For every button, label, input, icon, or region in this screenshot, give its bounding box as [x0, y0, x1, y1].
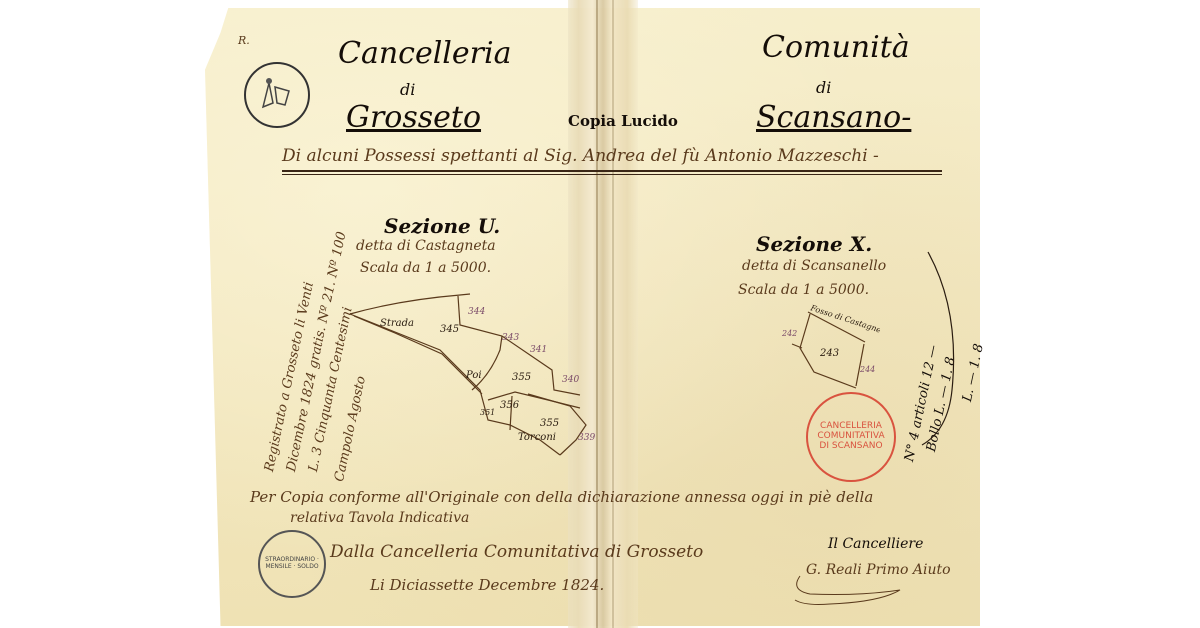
section-u-scale: Scala da 1 a 5000. [360, 260, 491, 276]
svg-text:242: 242 [781, 329, 797, 338]
section-u-subtitle: detta di Castagneta [356, 238, 496, 254]
svg-text:356: 356 [500, 400, 520, 411]
corner-mark: R. [238, 34, 250, 47]
section-x-title: Sezione X. [756, 232, 872, 256]
emblem-icon [255, 73, 299, 117]
signature-flourish [790, 572, 940, 612]
header-cancelleria: Cancelleria [338, 36, 511, 71]
header-scansano: Scansano- [756, 100, 911, 135]
footer-line-1: Per Copia conforme all'Originale con del… [250, 488, 873, 506]
map-u-strada: Strada [380, 318, 414, 329]
right-margin-brace [920, 250, 970, 450]
section-u-title: Sezione U. [384, 214, 500, 238]
red-seal-text: CANCELLERIA COMUNITATIVA DI SCANSANO [816, 422, 886, 452]
svg-text:341: 341 [530, 345, 547, 355]
footer-line-2: relativa Tavola Indicativa [290, 510, 469, 526]
svg-text:Torconi: Torconi [518, 432, 556, 443]
tax-stamp-bottom-left: STRAORDINARIO · MENSILE · SOLDO [258, 530, 326, 598]
header-grosseto: Grosseto [346, 100, 481, 135]
signature-title: Il Cancelliere [828, 536, 923, 552]
svg-text:243: 243 [819, 348, 839, 359]
header-comunita: Comunità [762, 30, 910, 65]
fold-crease [612, 0, 614, 628]
svg-text:343: 343 [502, 333, 519, 343]
svg-text:355: 355 [512, 372, 531, 383]
svg-text:Poi: Poi [465, 370, 482, 381]
subtitle-rule-2 [282, 174, 942, 175]
svg-text:351: 351 [480, 408, 495, 417]
emblem-stamp-top-left [244, 62, 310, 128]
map-section-x: Fosso di Castagneti 243 242 244 [780, 300, 880, 390]
svg-text:355: 355 [540, 418, 559, 429]
map-section-u: Strada 345 355 356 355 Torconi Poi 351 3… [340, 290, 600, 460]
header-di-right: di [816, 78, 831, 97]
footer-line-3: Dalla Cancelleria Comunitativa di Grosse… [330, 542, 703, 562]
footer-line-4: Li Diciassette Decembre 1824. [370, 576, 604, 594]
red-seal-stamp: CANCELLERIA COMUNITATIVA DI SCANSANO [806, 392, 896, 482]
svg-text:345: 345 [440, 324, 459, 335]
svg-text:340: 340 [562, 375, 579, 385]
header-copia-lucido: Copia Lucido [568, 112, 678, 130]
svg-text:344: 344 [468, 307, 485, 317]
section-x-scale: Scala da 1 a 5000. [738, 282, 869, 298]
header-di-left: di [400, 80, 415, 99]
subtitle-rule [282, 170, 942, 172]
section-x-subtitle: detta di Scansanello [742, 258, 886, 274]
tax-stamp-text: STRAORDINARIO · MENSILE · SOLDO [264, 557, 320, 570]
document-subtitle: Di alcuni Possessi spettanti al Sig. And… [282, 146, 879, 166]
svg-text:339: 339 [578, 433, 595, 443]
svg-text:244: 244 [859, 365, 875, 374]
